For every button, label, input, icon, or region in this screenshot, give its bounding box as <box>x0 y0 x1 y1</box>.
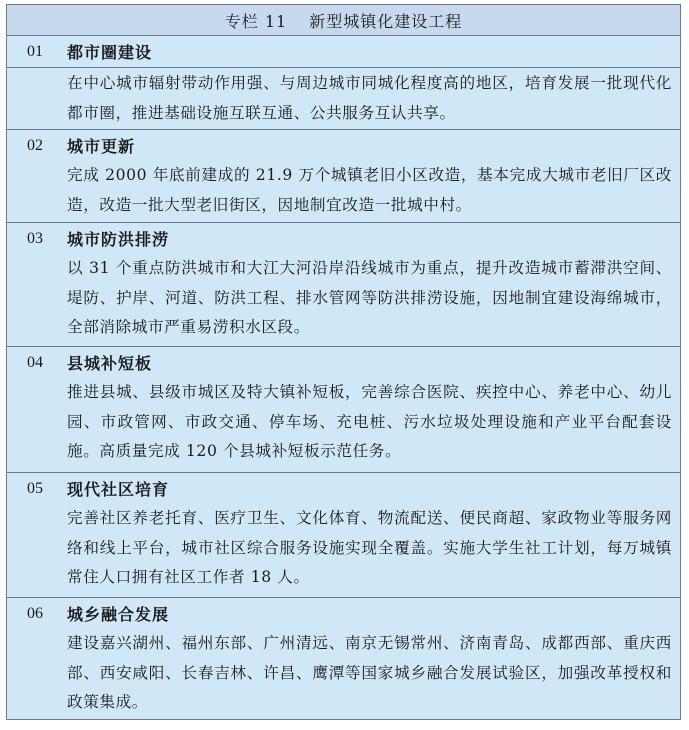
section-number: 02 <box>7 137 67 155</box>
section-title: 现代社区培育 <box>67 477 169 500</box>
section-title: 城市防洪排涝 <box>67 227 169 250</box>
section-title-row: 06 城乡融合发展 <box>7 598 680 629</box>
section-04: 04 县城补短板 推进县城、县级市城区及特大镇补短板，完善综合医院、疾控中心、养… <box>7 347 680 473</box>
section-06: 06 城乡融合发展 建设嘉兴湖州、福州东部、广州清远、南京无锡常州、济南青岛、成… <box>7 598 680 721</box>
section-title-row: 05 现代社区培育 <box>7 473 680 504</box>
section-title: 城乡融合发展 <box>67 602 169 625</box>
section-number: 05 <box>7 480 67 498</box>
table-title: 新型城镇化建设工程 <box>309 9 462 32</box>
section-title: 城市更新 <box>67 134 135 157</box>
table-header: 专栏 11 新型城镇化建设工程 <box>7 5 680 36</box>
section-body: 完成 2000 年底前建成的 21.9 万个城镇老旧小区改造，基本完成大城市老旧… <box>7 161 680 220</box>
section-body: 在中心城市辐射带动作用强、与周边城市同城化程度高的地区，培育发展一批现代化都市圈… <box>7 68 680 128</box>
section-number: 03 <box>7 230 67 248</box>
section-title-row: 01 都市圈建设 <box>7 36 680 68</box>
section-body: 以 31 个重点防洪城市和大江大河沿岸沿线城市为重点，提升改造城市蓄滞洪空间、堤… <box>7 254 680 343</box>
section-title-row: 02 城市更新 <box>7 130 680 161</box>
column-label: 专栏 11 <box>225 9 287 32</box>
section-number: 04 <box>7 354 67 372</box>
section-title-row: 04 县城补短板 <box>7 347 680 378</box>
section-body: 完善社区养老托育、医疗卫生、文化体育、物流配送、便民商超、家政物业等服务网络和线… <box>7 504 680 593</box>
section-number: 06 <box>7 605 67 623</box>
section-01: 01 都市圈建设 在中心城市辐射带动作用强、与周边城市同城化程度高的地区，培育发… <box>7 36 680 130</box>
section-05: 05 现代社区培育 完善社区养老托育、医疗卫生、文化体育、物流配送、便民商超、家… <box>7 473 680 598</box>
section-body: 建设嘉兴湖州、福州东部、广州清远、南京无锡常州、济南青岛、成都西部、重庆西部、西… <box>7 629 680 718</box>
section-title: 都市圈建设 <box>67 40 152 63</box>
section-title-row: 03 城市防洪排涝 <box>7 223 680 254</box>
section-02: 02 城市更新 完成 2000 年底前建成的 21.9 万个城镇老旧小区改造，基… <box>7 130 680 223</box>
section-body: 推进县城、县级市城区及特大镇补短板，完善综合医院、疾控中心、养老中心、幼儿园、市… <box>7 378 680 467</box>
section-number: 01 <box>7 43 67 61</box>
feature-table: 专栏 11 新型城镇化建设工程 01 都市圈建设 在中心城市辐射带动作用强、与周… <box>6 4 681 720</box>
section-03: 03 城市防洪排涝 以 31 个重点防洪城市和大江大河沿岸沿线城市为重点，提升改… <box>7 223 680 347</box>
section-title: 县城补短板 <box>67 351 152 374</box>
